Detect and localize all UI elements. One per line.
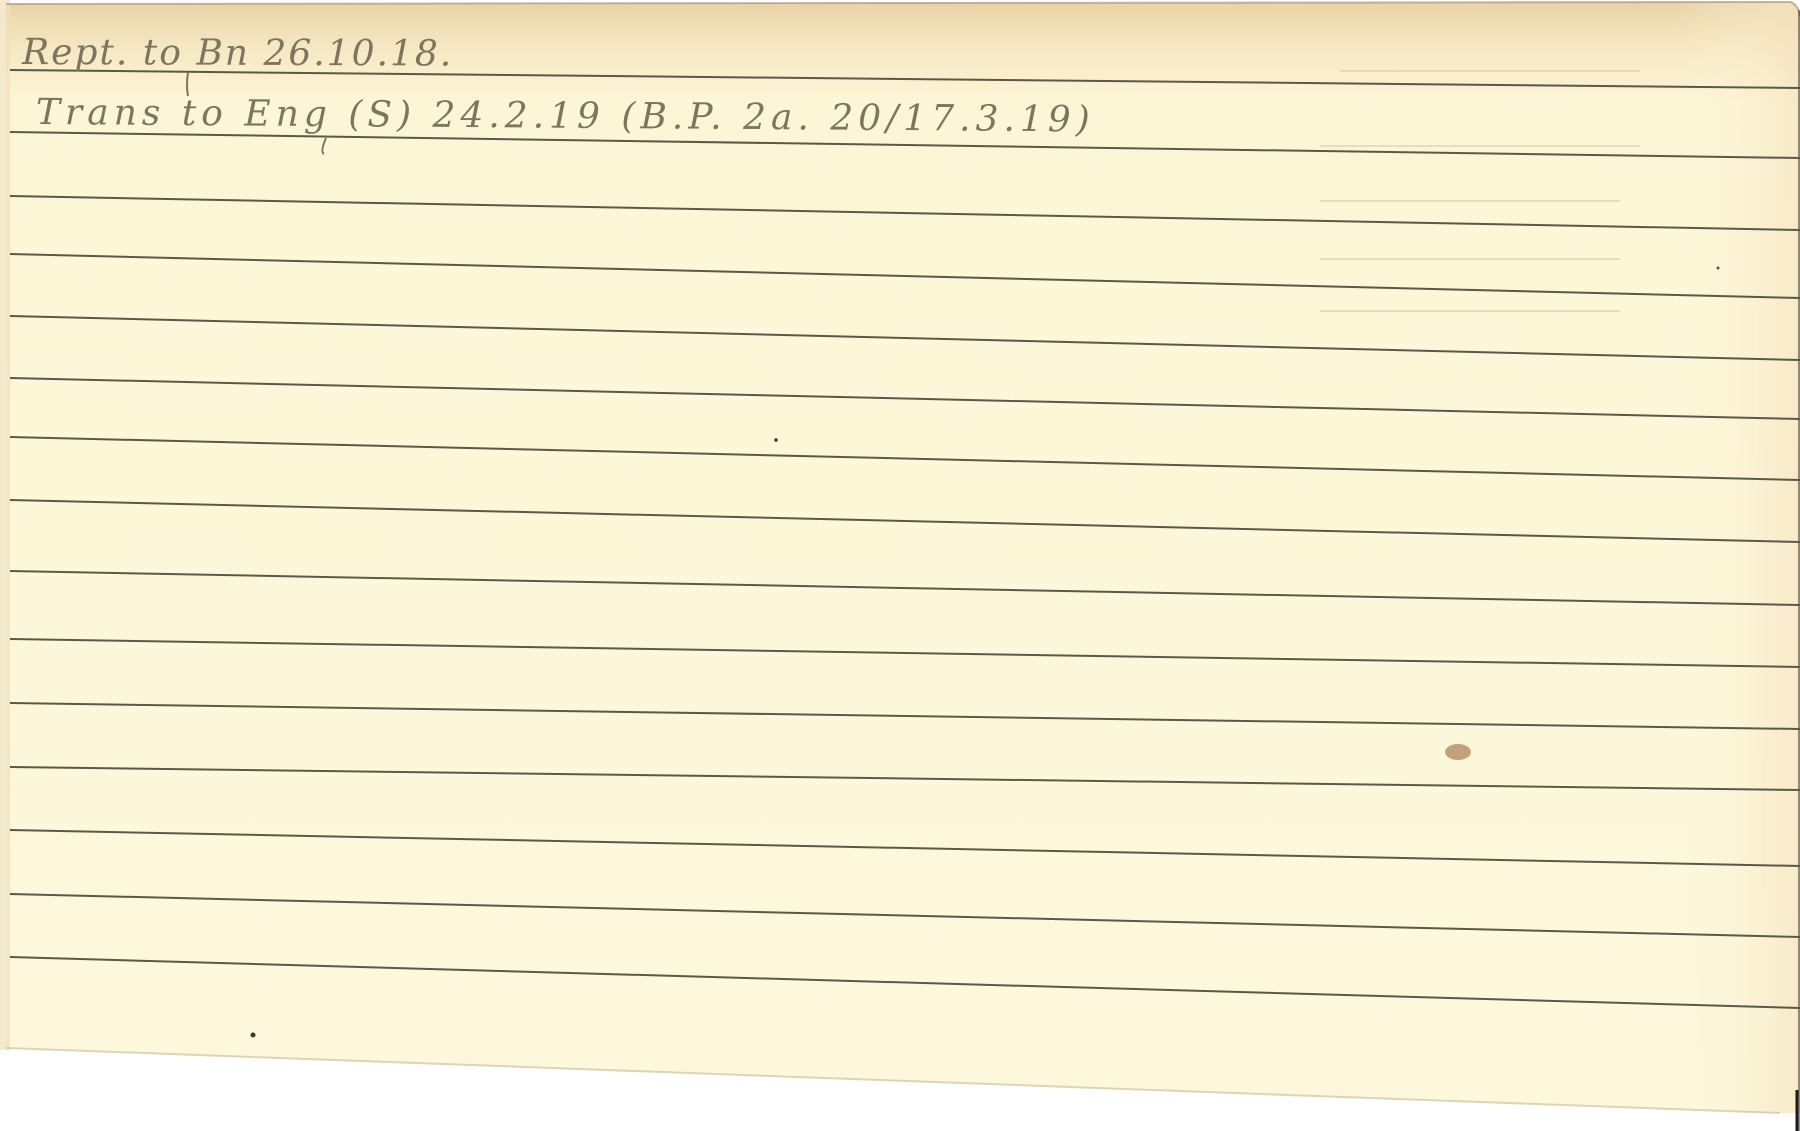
ink-dot (1717, 267, 1720, 270)
card-entry-1: Rept. to Bn 26.10.18. (22, 32, 453, 75)
card-paper (0, 0, 1800, 1131)
ink-dot (774, 438, 778, 442)
index-card: Rept. to Bn 26.10.18. Trans to Eng (S) 2… (0, 0, 1800, 1131)
brown-spot (1445, 744, 1471, 760)
ink-dot (251, 1033, 256, 1038)
card-entry-2: Trans to Eng (S) 24.2.19 (B.P. 2a. 20/17… (36, 92, 1095, 140)
